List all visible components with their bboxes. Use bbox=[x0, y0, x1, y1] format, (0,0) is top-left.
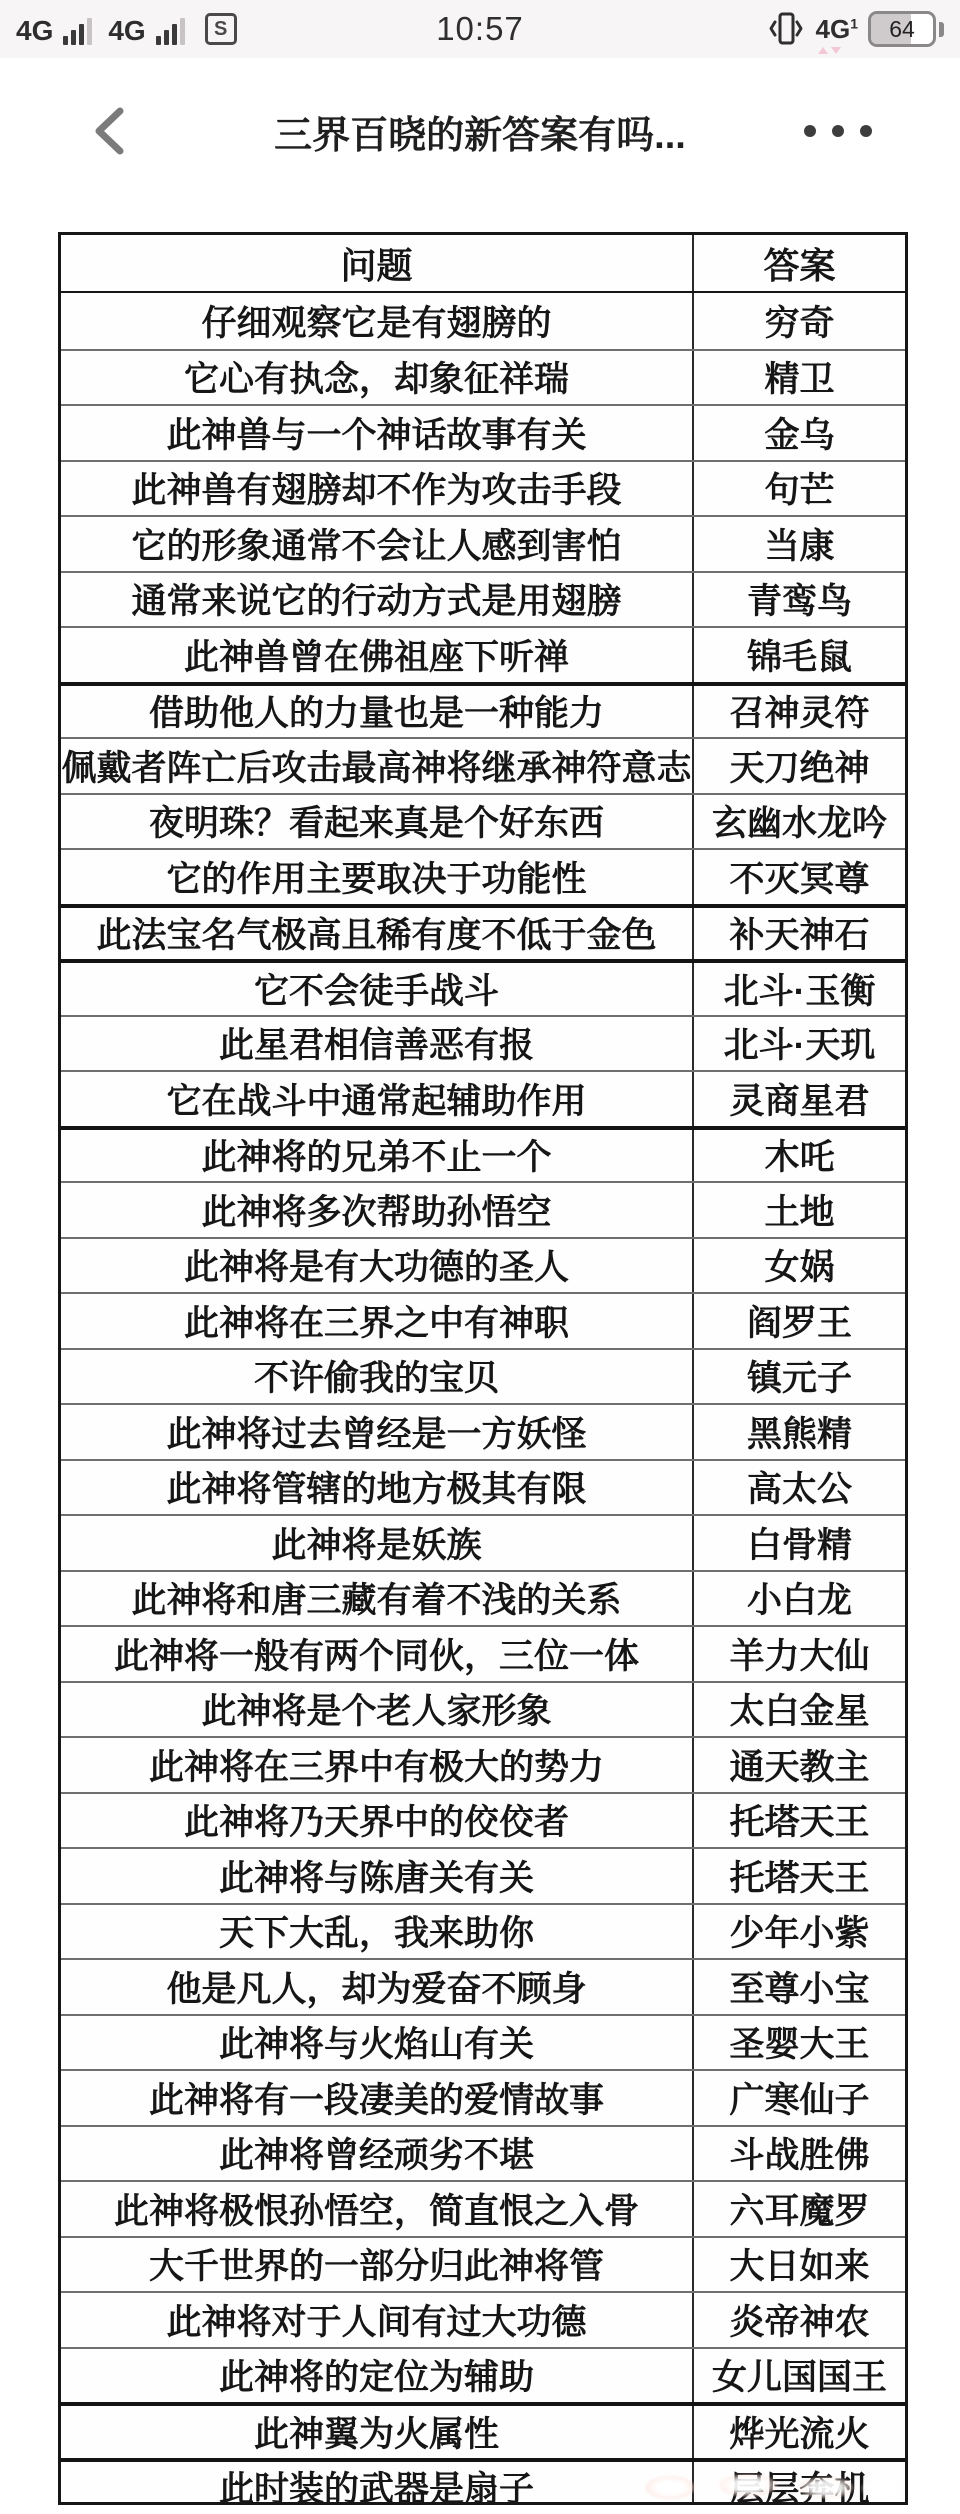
question-cell: 不许偷我的宝贝 bbox=[61, 1350, 694, 1404]
answer-cell: 句芒 bbox=[694, 462, 905, 516]
table-row: 此神兽有翅膀却不作为攻击手段 句芒 bbox=[61, 460, 905, 516]
answer-cell: 北斗·天玑 bbox=[694, 1017, 905, 1071]
table-row: 此神将在三界中有极大的势力 通天教主 bbox=[61, 1736, 905, 1792]
table-row: 此神将是妖族 白骨精 bbox=[61, 1514, 905, 1570]
answer-cell: 托塔天王 bbox=[694, 1849, 905, 1903]
question-cell: 此神将有一段凄美的爱情故事 bbox=[61, 2071, 694, 2125]
qa-table-body: 仔细观察它是有翅膀的 穷奇 它心有执念，却象征祥瑞 精卫 此神兽与一个神话故事有… bbox=[61, 293, 905, 2505]
question-cell: 它的形象通常不会让人感到害怕 bbox=[61, 517, 694, 571]
answer-cell: 青鸾鸟 bbox=[694, 573, 905, 627]
table-row: 此神将对于人间有过大功德 炎帝神农 bbox=[61, 2291, 905, 2347]
table-row: 此法宝名气极高且稀有度不低于金色 补天神石 bbox=[61, 904, 905, 960]
question-cell: 此神将和唐三藏有着不浅的关系 bbox=[61, 1572, 694, 1626]
table-row: 此神兽与一个神话故事有关 金乌 bbox=[61, 404, 905, 460]
answer-cell: 玄幽水龙吟 bbox=[694, 795, 905, 849]
answer-cell: 锦毛鼠 bbox=[694, 628, 905, 682]
question-cell: 此神将在三界中有极大的势力 bbox=[61, 1738, 694, 1792]
answer-cell: 黑熊精 bbox=[694, 1405, 905, 1459]
question-cell: 此神将曾经顽劣不堪 bbox=[61, 2127, 694, 2181]
table-row: 夜明珠？看起来真是个好东西 玄幽水龙吟 bbox=[61, 793, 905, 849]
answer-cell: 当康 bbox=[694, 517, 905, 571]
table-row: 它的形象通常不会让人感到害怕 当康 bbox=[61, 515, 905, 571]
answer-cell: 大日如来 bbox=[694, 2238, 905, 2292]
table-row: 此神将是个老人家形象 太白金星 bbox=[61, 1681, 905, 1737]
answer-cell: 至尊小宝 bbox=[694, 1960, 905, 2014]
table-row: 通常来说它的行动方式是用翅膀 青鸾鸟 bbox=[61, 571, 905, 627]
answer-cell: 烨光流火 bbox=[694, 2406, 905, 2458]
question-cell: 此神将一般有两个同伙，三位一体 bbox=[61, 1627, 694, 1681]
more-dot bbox=[804, 125, 816, 137]
answer-cell: 金乌 bbox=[694, 406, 905, 460]
question-cell: 此神将管辖的地方极其有限 bbox=[61, 1461, 694, 1515]
answer-cell: 炎帝神农 bbox=[694, 2293, 905, 2347]
question-cell: 此神将过去曾经是一方妖怪 bbox=[61, 1405, 694, 1459]
more-dot bbox=[860, 125, 872, 137]
table-row: 它不会徒手战斗 北斗·玉衡 bbox=[61, 959, 905, 1015]
table-row: 此神兽曾在佛祖座下听禅 锦毛鼠 bbox=[61, 626, 905, 682]
question-cell: 它心有执念，却象征祥瑞 bbox=[61, 351, 694, 405]
answer-cell: 灵商星君 bbox=[694, 1072, 905, 1126]
table-row: 此神将与火焰山有关 圣婴大王 bbox=[61, 2014, 905, 2070]
answer-cell: 六耳魔罗 bbox=[694, 2182, 905, 2236]
table-row: 此神将与陈唐关有关 托塔天王 bbox=[61, 1847, 905, 1903]
answer-cell: 女儿国国王 bbox=[694, 2349, 905, 2403]
phone-screen: 4G 4G S 10:57 4G1 64 bbox=[0, 0, 960, 2514]
question-cell: 仔细观察它是有翅膀的 bbox=[61, 293, 694, 349]
battery-icon: 64 bbox=[868, 11, 936, 47]
table-row: 此神将的定位为辅助 女儿国国王 bbox=[61, 2347, 905, 2403]
network-label: 4G bbox=[816, 14, 851, 44]
table-row: 此神将是有大功德的圣人 女娲 bbox=[61, 1237, 905, 1293]
answer-cell: 高太公 bbox=[694, 1461, 905, 1515]
answer-cell: 穷奇 bbox=[694, 293, 905, 349]
answer-cell: 通天教主 bbox=[694, 1738, 905, 1792]
answer-cell: 精卫 bbox=[694, 351, 905, 405]
vibrate-icon bbox=[766, 9, 806, 49]
table-row: 此神将的兄弟不止一个 木吒 bbox=[61, 1126, 905, 1182]
answer-cell: 木吒 bbox=[694, 1130, 905, 1182]
answer-cell: 女娲 bbox=[694, 1239, 905, 1293]
table-row: 借助他人的力量也是一种能力 召神灵符 bbox=[61, 682, 905, 738]
table-row: 它的作用主要取决于功能性 不灭冥尊 bbox=[61, 848, 905, 904]
table-row: 此神将和唐三藏有着不浅的关系 小白龙 bbox=[61, 1570, 905, 1626]
table-row: 此神翼为火属性 烨光流火 bbox=[61, 2402, 905, 2458]
answer-cell: 补天神石 bbox=[694, 908, 905, 960]
question-cell: 夜明珠？看起来真是个好东西 bbox=[61, 795, 694, 849]
answer-cell: 广寒仙子 bbox=[694, 2071, 905, 2125]
network-type-indicator: 4G1 bbox=[816, 16, 858, 42]
battery-nub bbox=[939, 22, 944, 37]
question-cell: 此法宝名气极高且稀有度不低于金色 bbox=[61, 908, 694, 960]
table-header-row: 问题 答案 bbox=[61, 235, 905, 293]
answer-cell: 层层奔机 bbox=[694, 2462, 905, 2506]
question-cell: 此神兽曾在佛祖座下听禅 bbox=[61, 628, 694, 682]
question-cell: 此神将极恨孙悟空，简直恨之入骨 bbox=[61, 2182, 694, 2236]
table-row: 此神将过去曾经是一方妖怪 黑熊精 bbox=[61, 1403, 905, 1459]
question-cell: 大千世界的一部分归此神将管 bbox=[61, 2238, 694, 2292]
question-cell: 此星君相信善恶有报 bbox=[61, 1017, 694, 1071]
table-row: 大千世界的一部分归此神将管 大日如来 bbox=[61, 2236, 905, 2292]
question-cell: 它的作用主要取决于功能性 bbox=[61, 850, 694, 904]
answer-cell: 羊力大仙 bbox=[694, 1627, 905, 1681]
network-sub-label: 1 bbox=[850, 15, 858, 31]
question-cell: 他是凡人，却为爱奋不顾身 bbox=[61, 1960, 694, 2014]
question-cell: 天下大乱，我来助你 bbox=[61, 1905, 694, 1959]
data-activity-arrows-icon bbox=[818, 47, 841, 54]
answer-cell: 天刀绝神 bbox=[694, 739, 905, 793]
question-cell: 此神将是妖族 bbox=[61, 1516, 694, 1570]
answer-cell: 阎罗王 bbox=[694, 1294, 905, 1348]
answer-cell: 白骨精 bbox=[694, 1516, 905, 1570]
table-row: 他是凡人，却为爱奋不顾身 至尊小宝 bbox=[61, 1958, 905, 2014]
table-row: 仔细观察它是有翅膀的 穷奇 bbox=[61, 293, 905, 349]
question-cell: 此神将与陈唐关有关 bbox=[61, 1849, 694, 1903]
answer-cell: 镇元子 bbox=[694, 1350, 905, 1404]
qa-table: 问题 答案 仔细观察它是有翅膀的 穷奇 它心有执念，却象征祥瑞 精卫 此神兽与一… bbox=[58, 232, 908, 2505]
question-cell: 此神将的定位为辅助 bbox=[61, 2349, 694, 2403]
status-bar: 4G 4G S 10:57 4G1 64 bbox=[0, 0, 960, 58]
table-row: 此神将在三界之中有神职 阎罗王 bbox=[61, 1292, 905, 1348]
question-cell: 佩戴者阵亡后攻击最高神将继承神符意志 bbox=[61, 739, 694, 793]
table-row: 它心有执念，却象征祥瑞 精卫 bbox=[61, 349, 905, 405]
question-cell: 此神将与火焰山有关 bbox=[61, 2016, 694, 2070]
table-row: 此神将乃天界中的佼佼者 托塔天王 bbox=[61, 1792, 905, 1848]
table-row: 此神将有一段凄美的爱情故事 广寒仙子 bbox=[61, 2069, 905, 2125]
answer-column-header: 答案 bbox=[694, 235, 905, 291]
status-right-group: 4G1 64 bbox=[766, 9, 944, 49]
table-row: 此神将极恨孙悟空，简直恨之入骨 六耳魔罗 bbox=[61, 2180, 905, 2236]
table-row: 它在战斗中通常起辅助作用 灵商星君 bbox=[61, 1070, 905, 1126]
answer-cell: 斗战胜佛 bbox=[694, 2127, 905, 2181]
answer-cell: 北斗·玉衡 bbox=[694, 963, 905, 1015]
answer-cell: 不灭冥尊 bbox=[694, 850, 905, 904]
question-cell: 它在战斗中通常起辅助作用 bbox=[61, 1072, 694, 1126]
question-cell: 此神将多次帮助孙悟空 bbox=[61, 1183, 694, 1237]
answer-cell: 太白金星 bbox=[694, 1683, 905, 1737]
table-row: 此星君相信善恶有报 北斗·天玑 bbox=[61, 1015, 905, 1071]
table-row: 不许偷我的宝贝 镇元子 bbox=[61, 1348, 905, 1404]
question-cell: 此神将对于人间有过大功德 bbox=[61, 2293, 694, 2347]
nav-bar: 三界百晓的新答案有吗... bbox=[0, 58, 960, 204]
table-row: 天下大乱，我来助你 少年小紫 bbox=[61, 1903, 905, 1959]
battery-percent: 64 bbox=[889, 16, 915, 43]
question-cell: 此神翼为火属性 bbox=[61, 2406, 694, 2458]
question-cell: 此神将的兄弟不止一个 bbox=[61, 1130, 694, 1182]
question-cell: 通常来说它的行动方式是用翅膀 bbox=[61, 573, 694, 627]
question-cell: 此时装的武器是扇子 bbox=[61, 2462, 694, 2506]
answer-cell: 少年小紫 bbox=[694, 1905, 905, 1959]
table-row: 此神将多次帮助孙悟空 土地 bbox=[61, 1181, 905, 1237]
answer-cell: 圣婴大王 bbox=[694, 2016, 905, 2070]
table-row: 佩戴者阵亡后攻击最高神将继承神符意志 天刀绝神 bbox=[61, 737, 905, 793]
table-row: 此时装的武器是扇子 层层奔机 bbox=[61, 2458, 905, 2506]
question-cell: 此神兽有翅膀却不作为攻击手段 bbox=[61, 462, 694, 516]
answer-cell: 召神灵符 bbox=[694, 686, 905, 738]
question-column-header: 问题 bbox=[61, 235, 694, 291]
question-cell: 此神将在三界之中有神职 bbox=[61, 1294, 694, 1348]
answer-cell: 托塔天王 bbox=[694, 1794, 905, 1848]
question-cell: 借助他人的力量也是一种能力 bbox=[61, 686, 694, 738]
question-cell: 此神将是个老人家形象 bbox=[61, 1683, 694, 1737]
question-cell: 它不会徒手战斗 bbox=[61, 963, 694, 1015]
question-cell: 此神兽与一个神话故事有关 bbox=[61, 406, 694, 460]
table-row: 此神将管辖的地方极其有限 高太公 bbox=[61, 1459, 905, 1515]
more-menu-button[interactable] bbox=[804, 115, 872, 147]
more-dot bbox=[832, 125, 844, 137]
question-cell: 此神将是有大功德的圣人 bbox=[61, 1239, 694, 1293]
table-row: 此神将一般有两个同伙，三位一体 羊力大仙 bbox=[61, 1625, 905, 1681]
question-cell: 此神将乃天界中的佼佼者 bbox=[61, 1794, 694, 1848]
answer-cell: 小白龙 bbox=[694, 1572, 905, 1626]
table-row: 此神将曾经顽劣不堪 斗战胜佛 bbox=[61, 2125, 905, 2181]
answer-cell: 土地 bbox=[694, 1183, 905, 1237]
